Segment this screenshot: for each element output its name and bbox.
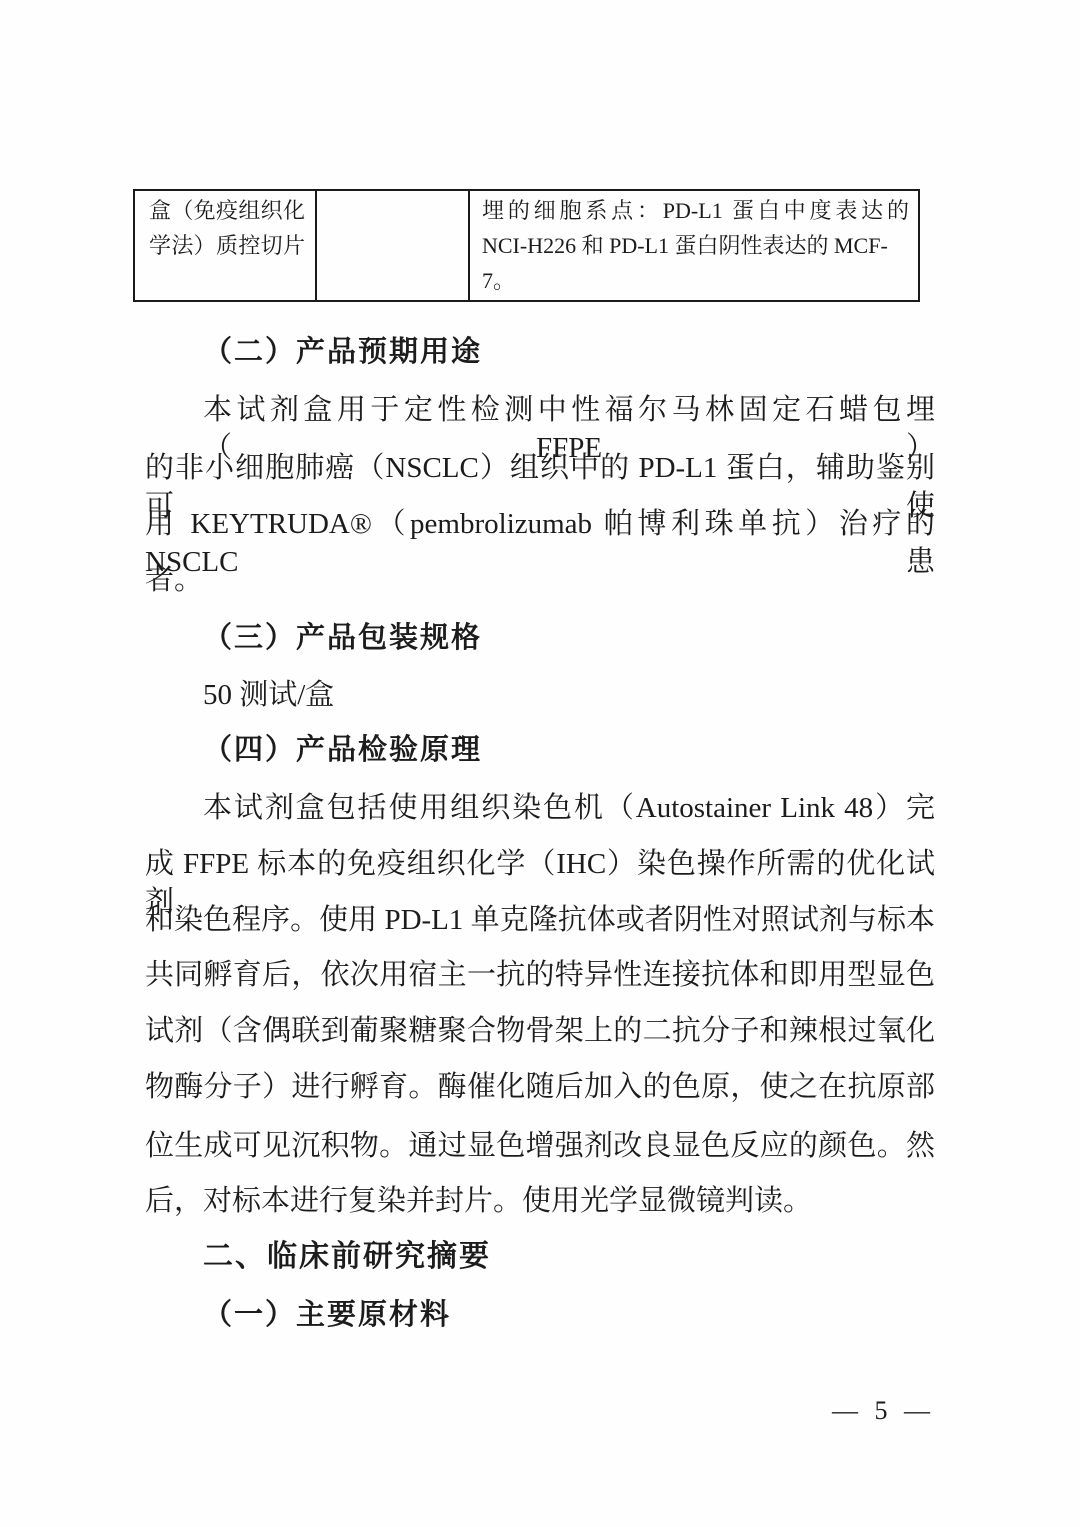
section-heading-principle: （四）产品检验原理 <box>145 731 935 769</box>
paragraph-principle-line-7: 位生成可见沉积物。通过显色增强剂改良显色反应的颜色。然 <box>145 1127 935 1165</box>
table-fragment: 盒（免疫组织化 学法）质控切片 埋的细胞系点：PD-L1 蛋白中度表达的 NCI… <box>133 189 920 302</box>
table-cell-line: 埋的细胞系点：PD-L1 蛋白中度表达的 <box>482 193 909 228</box>
document-page: 盒（免疫组织化 学法）质控切片 埋的细胞系点：PD-L1 蛋白中度表达的 NCI… <box>0 0 1080 1527</box>
section-heading-preclinical: 二、临床前研究摘要 <box>145 1238 935 1276</box>
table-cell-line: 盒（免疫组织化 <box>149 193 305 228</box>
table-cell-empty <box>316 190 469 301</box>
section-heading-raw-materials: （一）主要原材料 <box>145 1296 935 1334</box>
section-heading-packaging: （三）产品包装规格 <box>145 619 935 657</box>
page-number: — 5 — <box>145 1396 935 1426</box>
paragraph-principle-line-1: 本试剂盒包括使用组织染色机（Autostainer Link 48）完 <box>145 789 935 827</box>
paragraph-principle-line-6: 物酶分子）进行孵育。酶催化随后加入的色原，使之在抗原部 <box>145 1068 935 1106</box>
paragraph-principle-line-5: 试剂（含偶联到葡聚糖聚合物骨架上的二抗分子和辣根过氧化 <box>145 1012 935 1050</box>
table-row: 盒（免疫组织化 学法）质控切片 埋的细胞系点：PD-L1 蛋白中度表达的 NCI… <box>134 190 919 301</box>
table-cell-kit-name: 盒（免疫组织化 学法）质控切片 <box>134 190 316 301</box>
table-cell-line: 学法）质控切片 <box>149 228 305 263</box>
table-cell-description: 埋的细胞系点：PD-L1 蛋白中度表达的 NCI-H226 和 PD-L1 蛋白… <box>469 190 919 301</box>
paragraph-principle-line-3: 和染色程序。使用 PD-L1 单克隆抗体或者阴性对照试剂与标本 <box>145 901 935 939</box>
section-heading-intended-use: （二）产品预期用途 <box>145 333 935 371</box>
paragraph-principle-line-4: 共同孵育后，依次用宿主一抗的特异性连接抗体和即用型显色 <box>145 956 935 994</box>
packaging-spec: 50 测试/盒 <box>145 676 935 714</box>
table-cell-line: NCI-H226 和 PD-L1 蛋白阴性表达的 MCF-7。 <box>482 228 909 298</box>
paragraph-principle-line-8: 后，对标本进行复染并封片。使用光学显微镜判读。 <box>145 1182 935 1220</box>
paragraph-intended-use-line-4: 者。 <box>145 561 935 599</box>
